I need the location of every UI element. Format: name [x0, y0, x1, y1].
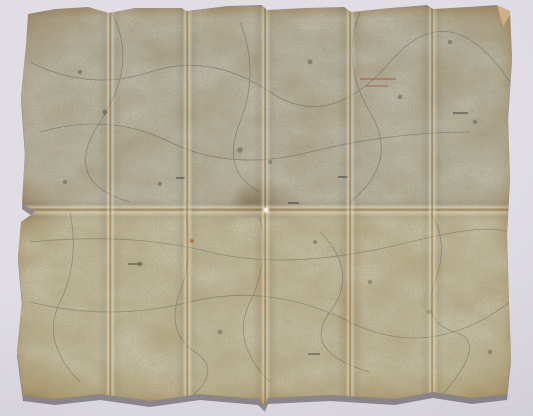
photo-canvas — [0, 0, 533, 416]
browned-edges — [10, 2, 516, 408]
white-fleck — [264, 208, 268, 212]
folded-map — [10, 2, 516, 408]
